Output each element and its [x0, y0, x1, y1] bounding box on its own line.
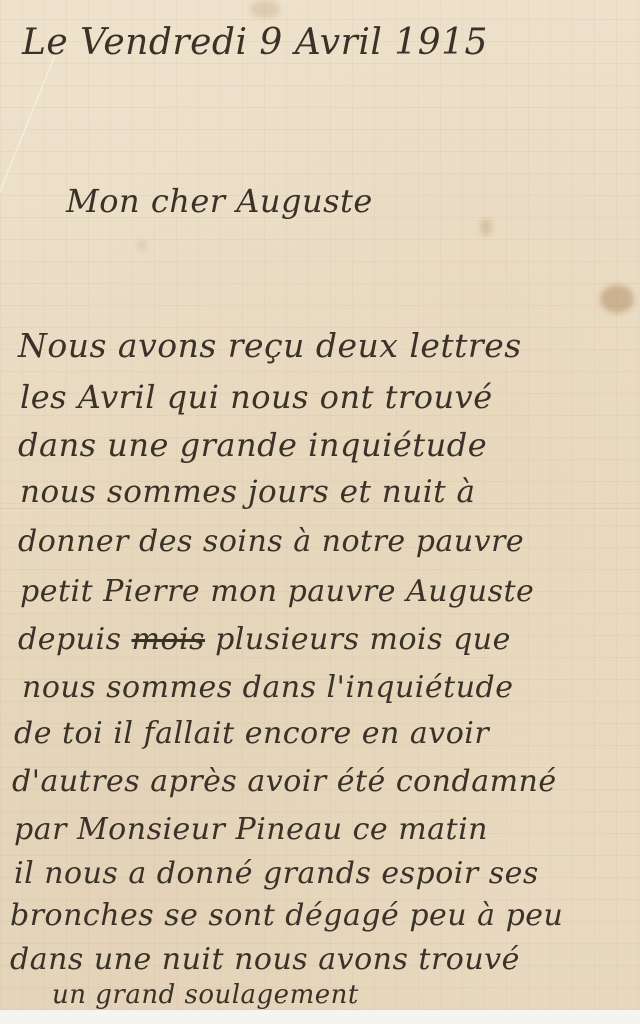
body-line: petit Pierre mon pauvre Auguste: [20, 574, 534, 609]
body-line: de toi il fallait encore en avoir: [14, 716, 489, 751]
body-line: nous sommes dans l'inquiétude: [22, 670, 513, 705]
ink-stain: [250, 0, 280, 18]
body-line: il nous a donné grands espoir ses: [14, 856, 539, 891]
closing-line: un grand soulagement: [52, 980, 359, 1010]
body-line: nous sommes jours et nuit à: [20, 474, 475, 510]
salutation: Mon cher Auguste: [66, 182, 373, 220]
paper-crease: [0, 40, 62, 319]
date-line: Le Vendredi 9 Avril 1915: [22, 22, 488, 63]
body-line: les Avril qui nous ont trouvé: [20, 378, 493, 416]
ink-stain: [480, 218, 492, 236]
body-line: d'autres après avoir été condamné: [12, 764, 557, 799]
body-word: depuis: [18, 622, 121, 657]
body-word: plusieurs mois que: [215, 622, 511, 657]
body-line: depuis mois plusieurs mois que: [18, 622, 511, 657]
letter-page: Le Vendredi 9 Avril 1915 Mon cher August…: [0, 0, 640, 1010]
struck-word: mois: [132, 622, 206, 657]
ink-stain: [600, 285, 634, 313]
body-line: dans une grande inquiétude: [18, 426, 487, 464]
ink-stain: [138, 240, 146, 250]
body-line: donner des soins à notre pauvre: [18, 524, 524, 559]
body-line: dans une nuit nous avons trouvé: [10, 942, 520, 977]
body-line: Nous avons reçu deux lettres: [18, 326, 522, 365]
body-line: bronches se sont dégagé peu à peu: [10, 898, 563, 933]
scan-margin: [0, 1010, 640, 1024]
body-line: par Monsieur Pineau ce matin: [14, 812, 488, 847]
